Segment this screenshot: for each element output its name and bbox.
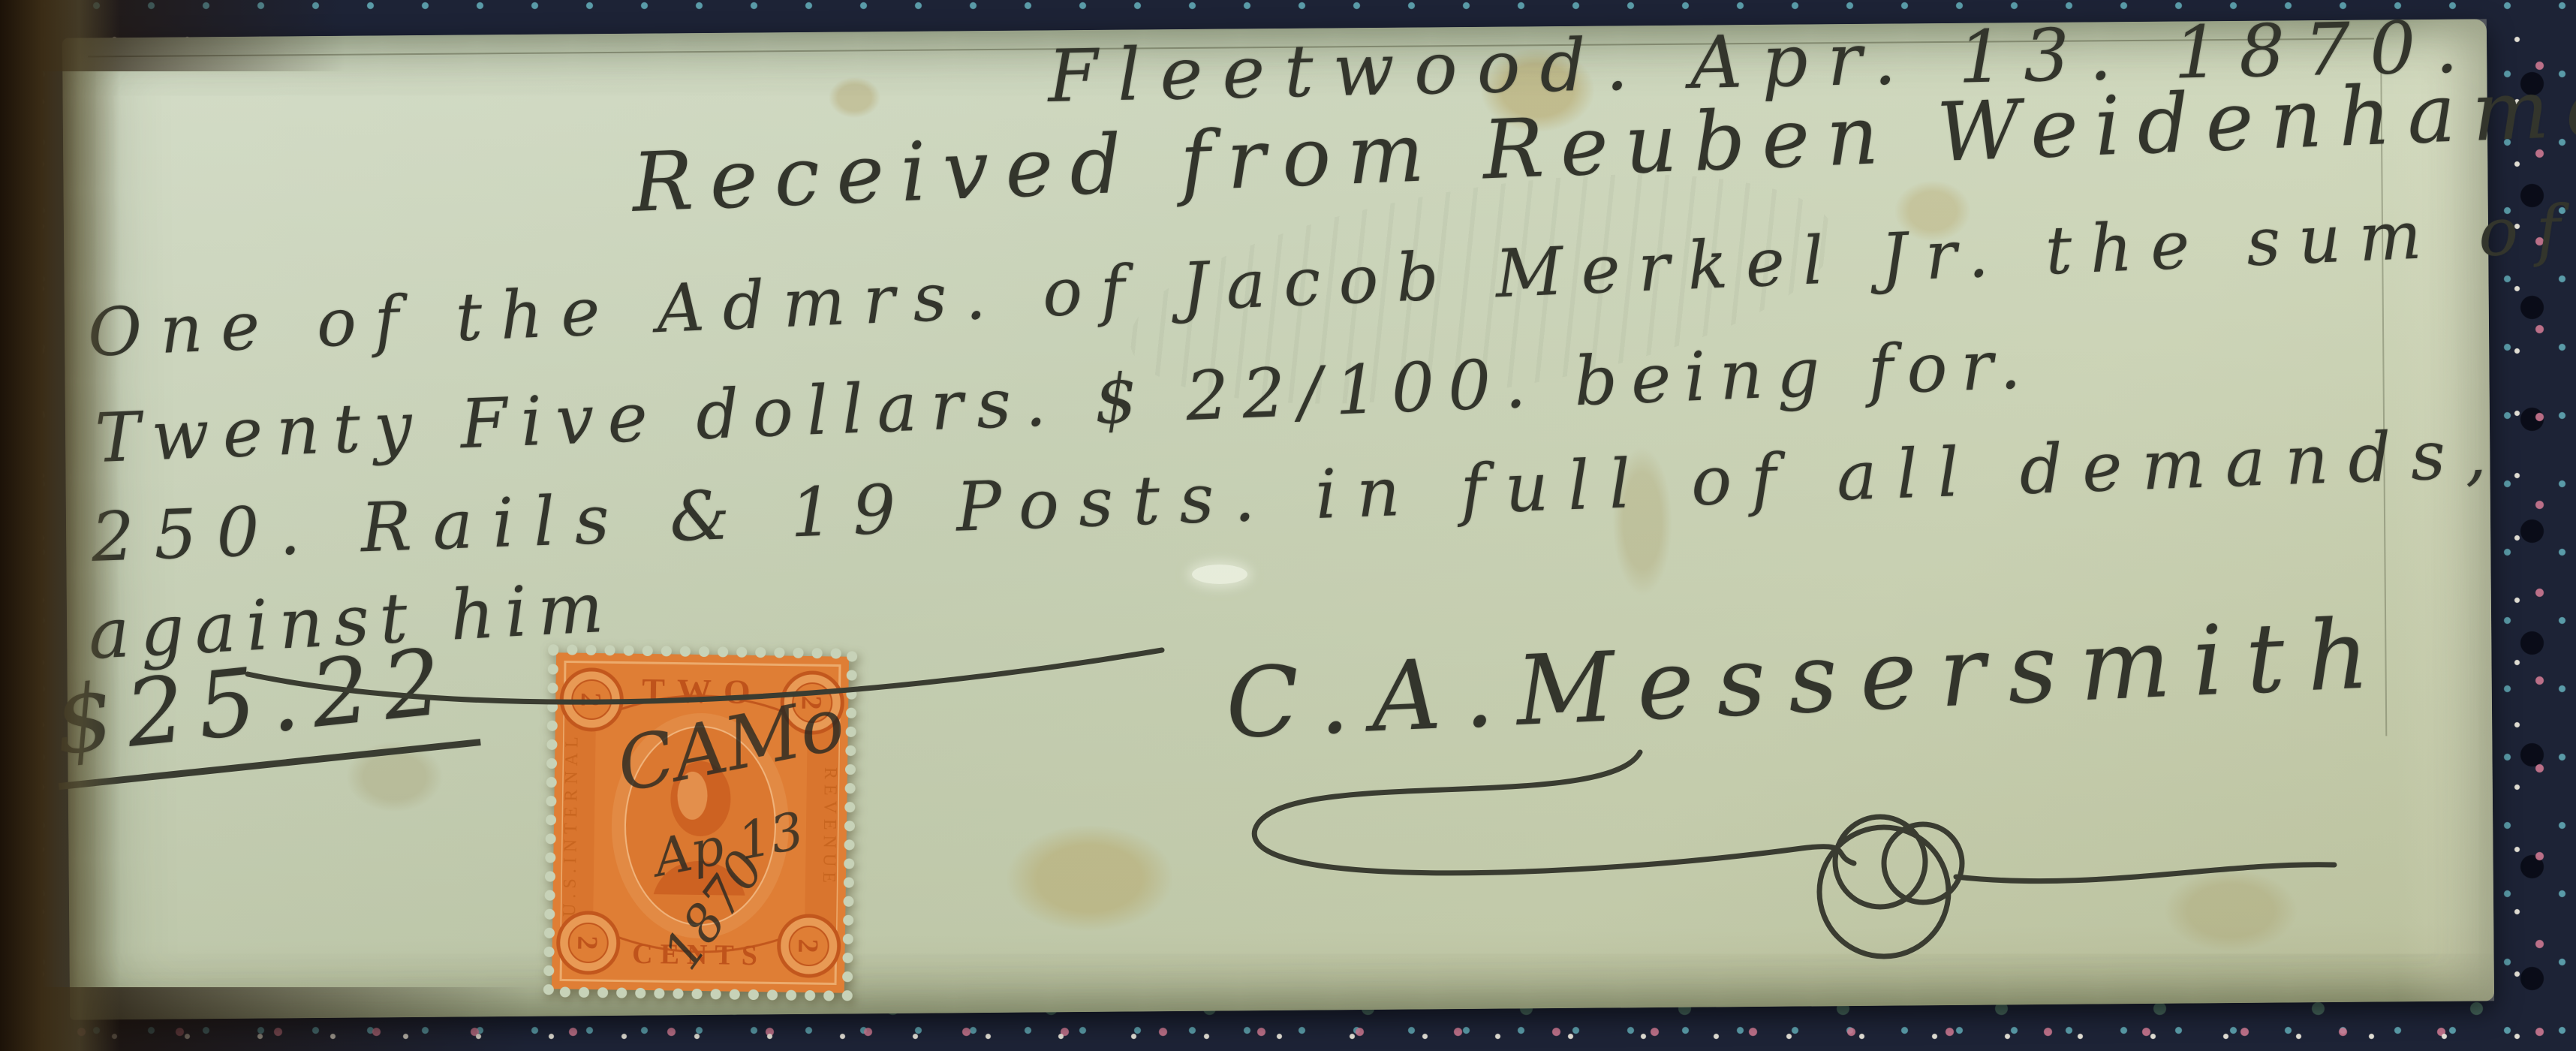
receipt-signature: C.A.Messersmith (1223, 598, 2394, 760)
photo-of-receipt-in-book: TWO CENTS U.S.INTERNAL REVENUE 2 2 2 (0, 0, 2576, 1051)
receipt-line-administrators: One of the Admrs. of Jacob Merkel Jr. th… (86, 190, 2576, 372)
book-gutter-edge (0, 0, 120, 1051)
handwriting-layer: Fleetwood. Apr. 13. 1870. Received from … (0, 0, 2576, 1051)
